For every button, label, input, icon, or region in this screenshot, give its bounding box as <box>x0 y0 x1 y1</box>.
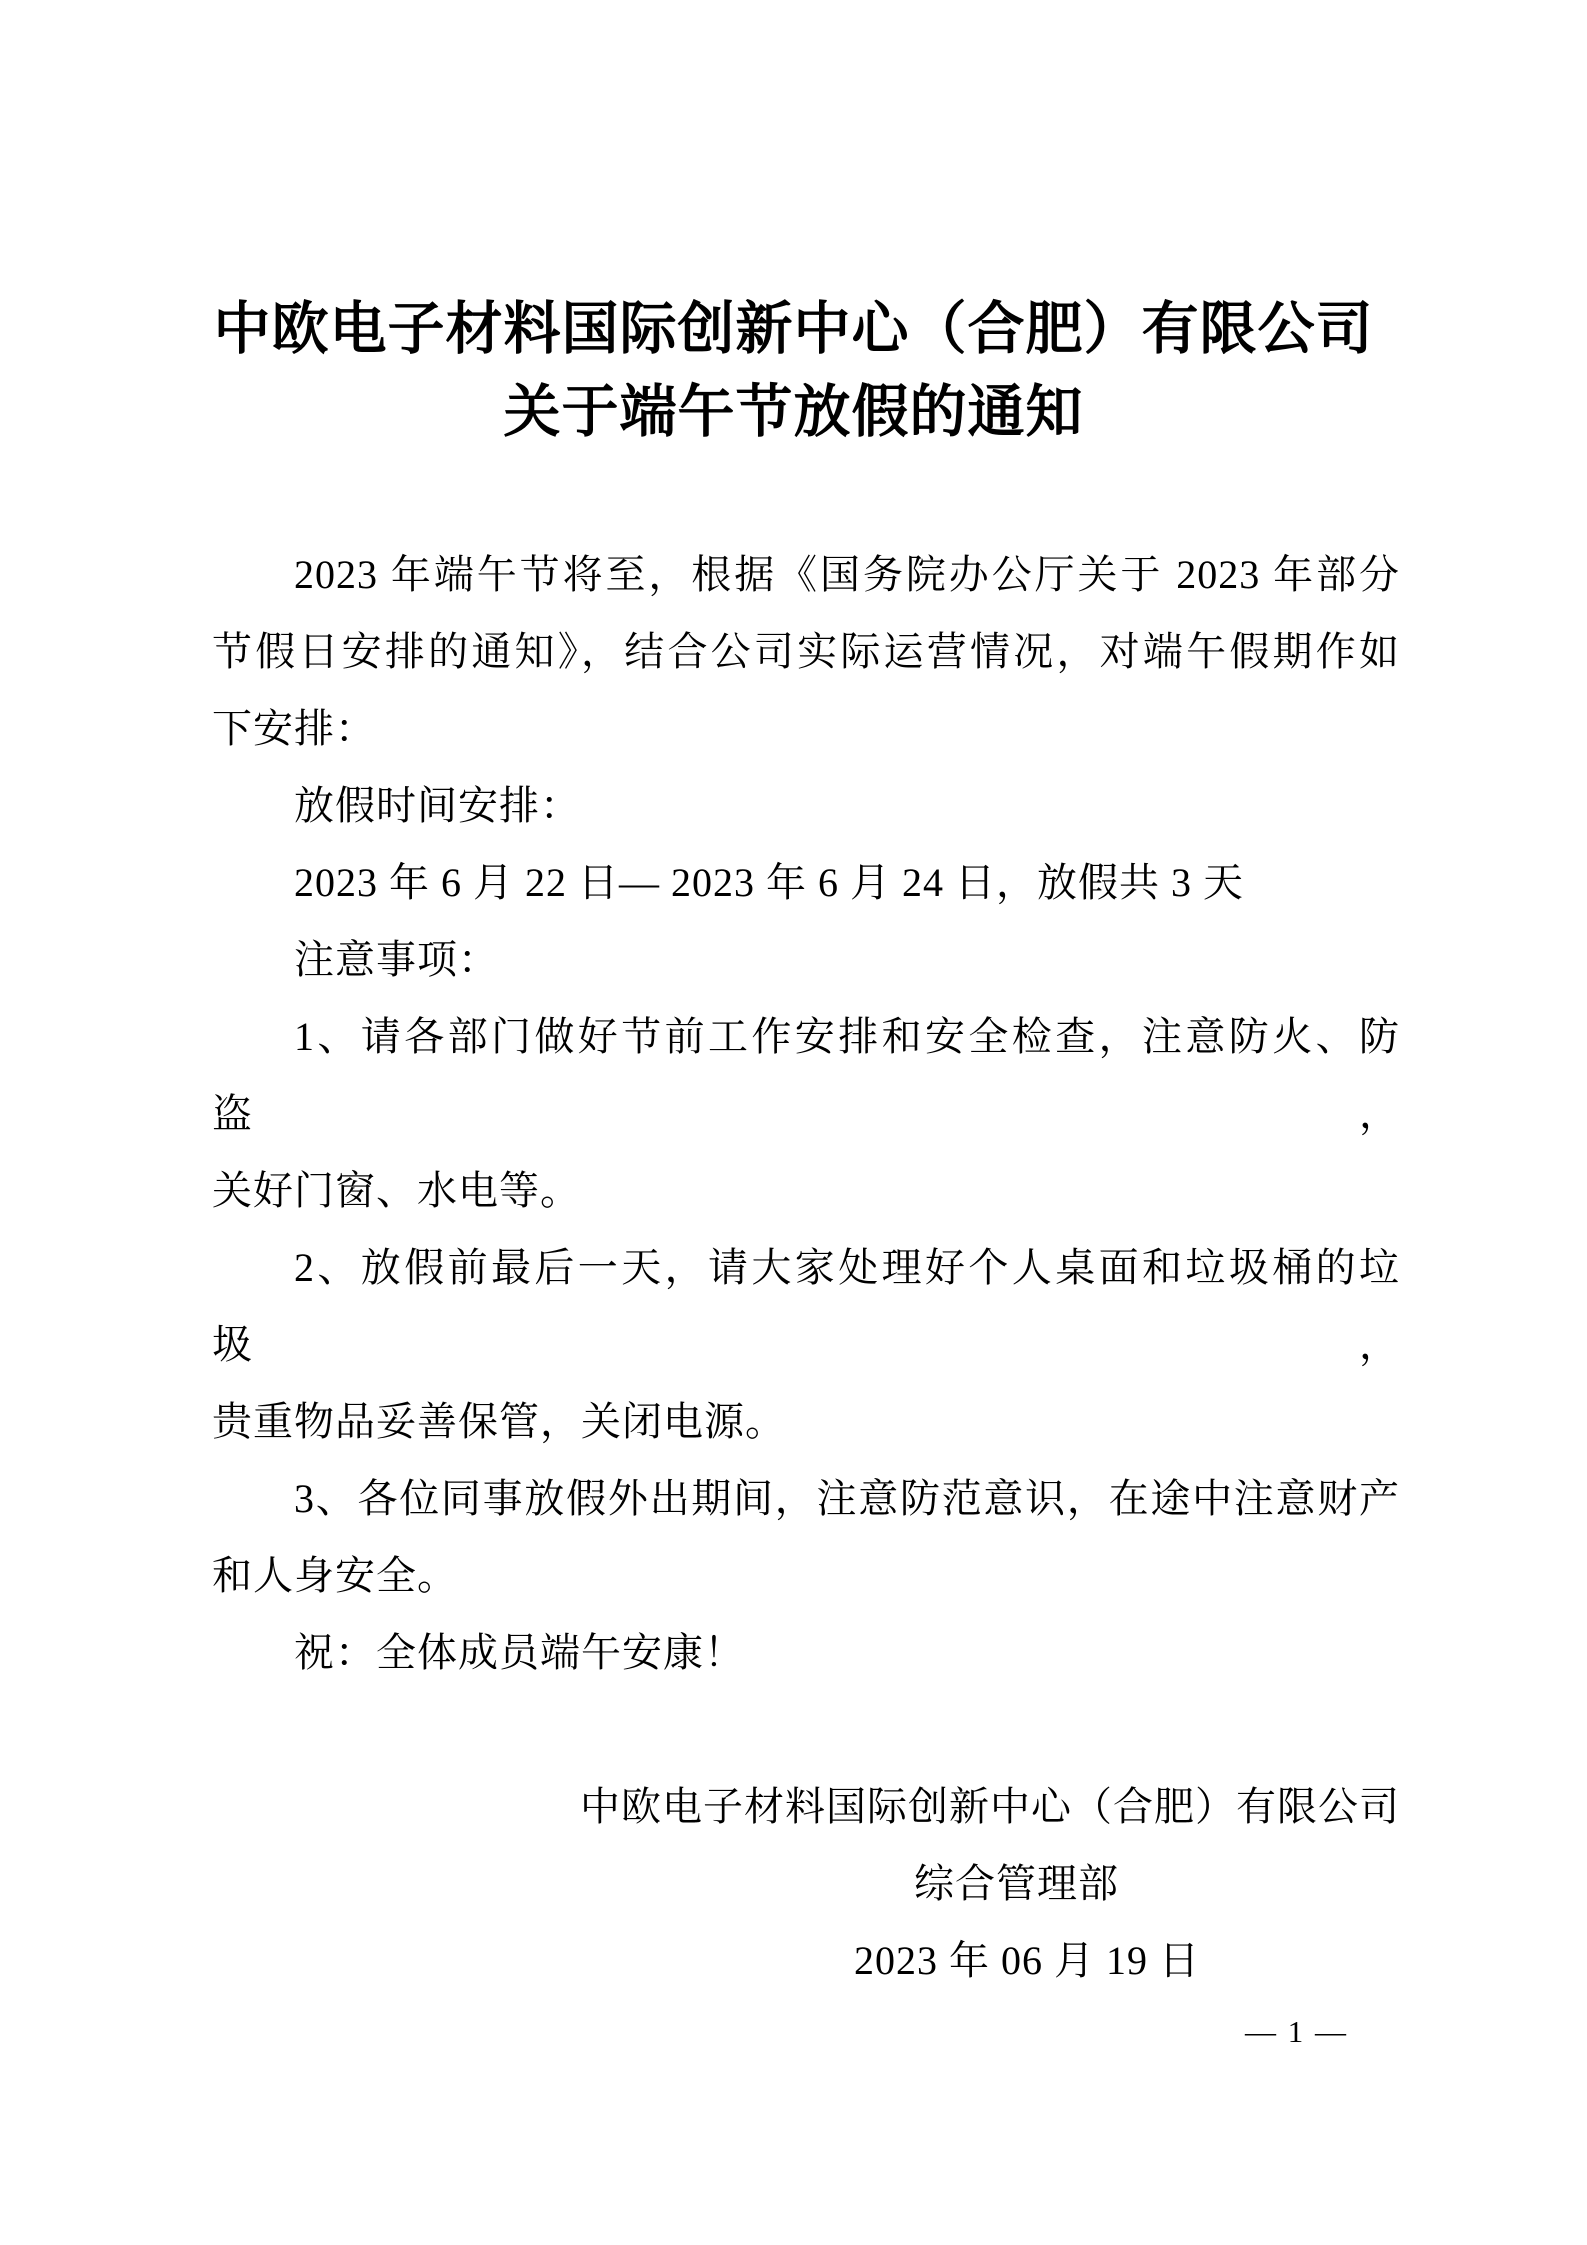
body-line: 3、各位同事放假外出期间，注意防范意识，在途中注意财产 <box>212 1460 1400 1537</box>
notice-title-company: 中欧电子材料国际创新中心（合肥）有限公司 <box>0 288 1587 371</box>
body-line: 贵重物品妥善保管，关闭电源。 <box>212 1383 1400 1460</box>
blank-line <box>212 1691 1400 1768</box>
body-line: 2023 年 6 月 22 日— 2023 年 6 月 24 日，放假共 3 天 <box>212 844 1400 921</box>
notice-body: 2023 年端午节将至，根据《国务院办公厅关于 2023 年部分 节假日安排的通… <box>0 536 1587 1999</box>
signature-company: 中欧电子材料国际创新中心（合肥）有限公司 <box>212 1768 1400 1845</box>
body-line: 祝：全体成员端午安康！ <box>212 1614 1400 1691</box>
body-line: 节假日安排的通知》，结合公司实际运营情况，对端午假期作如 <box>212 613 1400 690</box>
body-line: 关好门窗、水电等。 <box>212 1152 1400 1229</box>
body-line: 2023 年端午节将至，根据《国务院办公厅关于 2023 年部分 <box>212 536 1400 613</box>
body-line: 1、请各部门做好节前工作安排和安全检查，注意防火、防盗， <box>212 998 1400 1152</box>
body-line: 和人身安全。 <box>212 1537 1400 1614</box>
page-number: — 1 — <box>212 2012 1400 2052</box>
document-page: 中欧电子材料国际创新中心（合肥）有限公司 关于端午节放假的通知 2023 年端午… <box>0 0 1587 2245</box>
signature-department: 综合管理部 <box>212 1845 1400 1922</box>
notice-title: 中欧电子材料国际创新中心（合肥）有限公司 关于端午节放假的通知 <box>0 0 1587 454</box>
signature-date: 2023 年 06 月 19 日 <box>212 1922 1400 1999</box>
body-line: 放假时间安排： <box>212 767 1400 844</box>
notice-title-subject: 关于端午节放假的通知 <box>0 371 1587 454</box>
body-line: 2、放假前最后一天，请大家处理好个人桌面和垃圾桶的垃圾， <box>212 1229 1400 1383</box>
body-line: 注意事项： <box>212 921 1400 998</box>
body-line: 下安排： <box>212 690 1400 767</box>
